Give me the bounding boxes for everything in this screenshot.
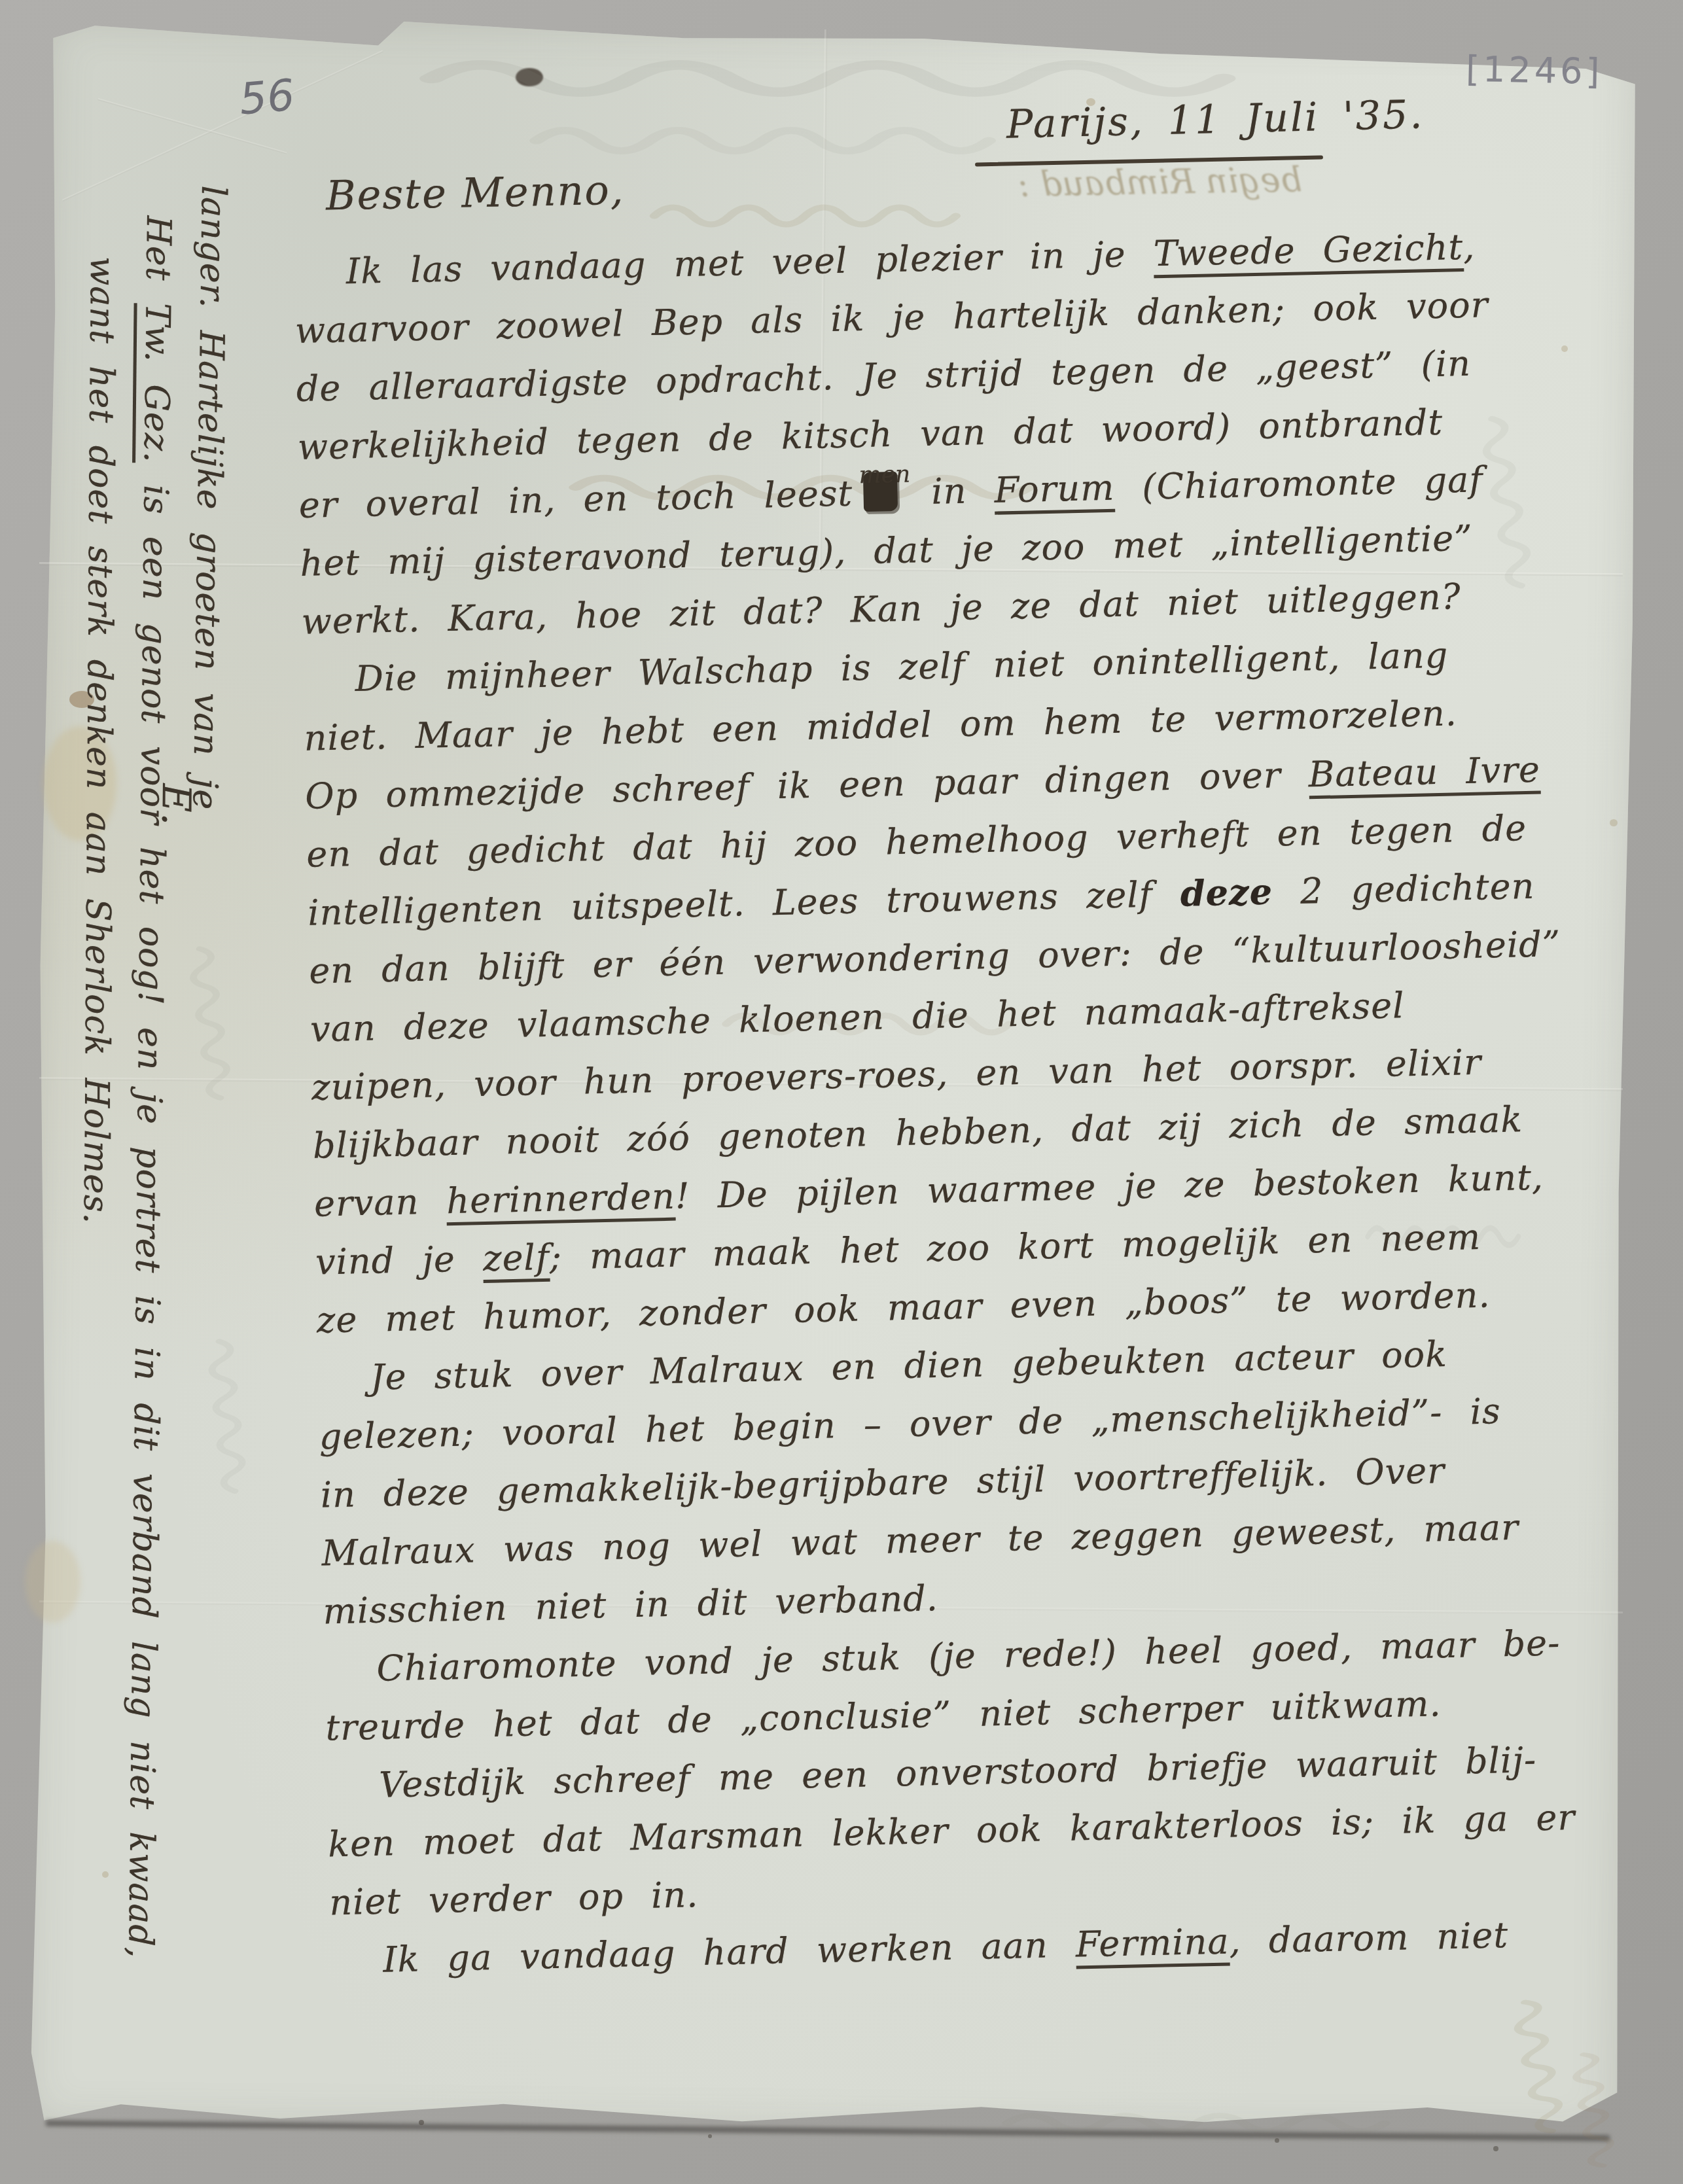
- archive-number-pencil: [1246]: [1465, 48, 1603, 92]
- torn-bottom-edge-shadow: [46, 2121, 1610, 2141]
- edge-speck: [708, 2134, 712, 2138]
- page-number-pencil: 56: [238, 69, 296, 124]
- stain: [25, 1541, 80, 1623]
- edge-speck: [1493, 2146, 1498, 2151]
- salutation: Beste Menno,: [325, 166, 625, 220]
- foxing-dot: [102, 1871, 109, 1878]
- ink-smudge: [516, 68, 543, 86]
- scanned-letter-page: { "annotations": { "page_number_pencil":…: [0, 0, 1683, 2184]
- edge-speck: [419, 2120, 424, 2125]
- letter-body: Ik las vandaag met veel plezier in je Tw…: [293, 215, 1640, 1990]
- margin-postscript-line-2: want het doet sterk denken aan Sherlock …: [76, 256, 122, 1225]
- bleedthrough-note-mirrored: begin Rimbaud :: [936, 160, 1303, 206]
- edge-speck: [1275, 2138, 1279, 2143]
